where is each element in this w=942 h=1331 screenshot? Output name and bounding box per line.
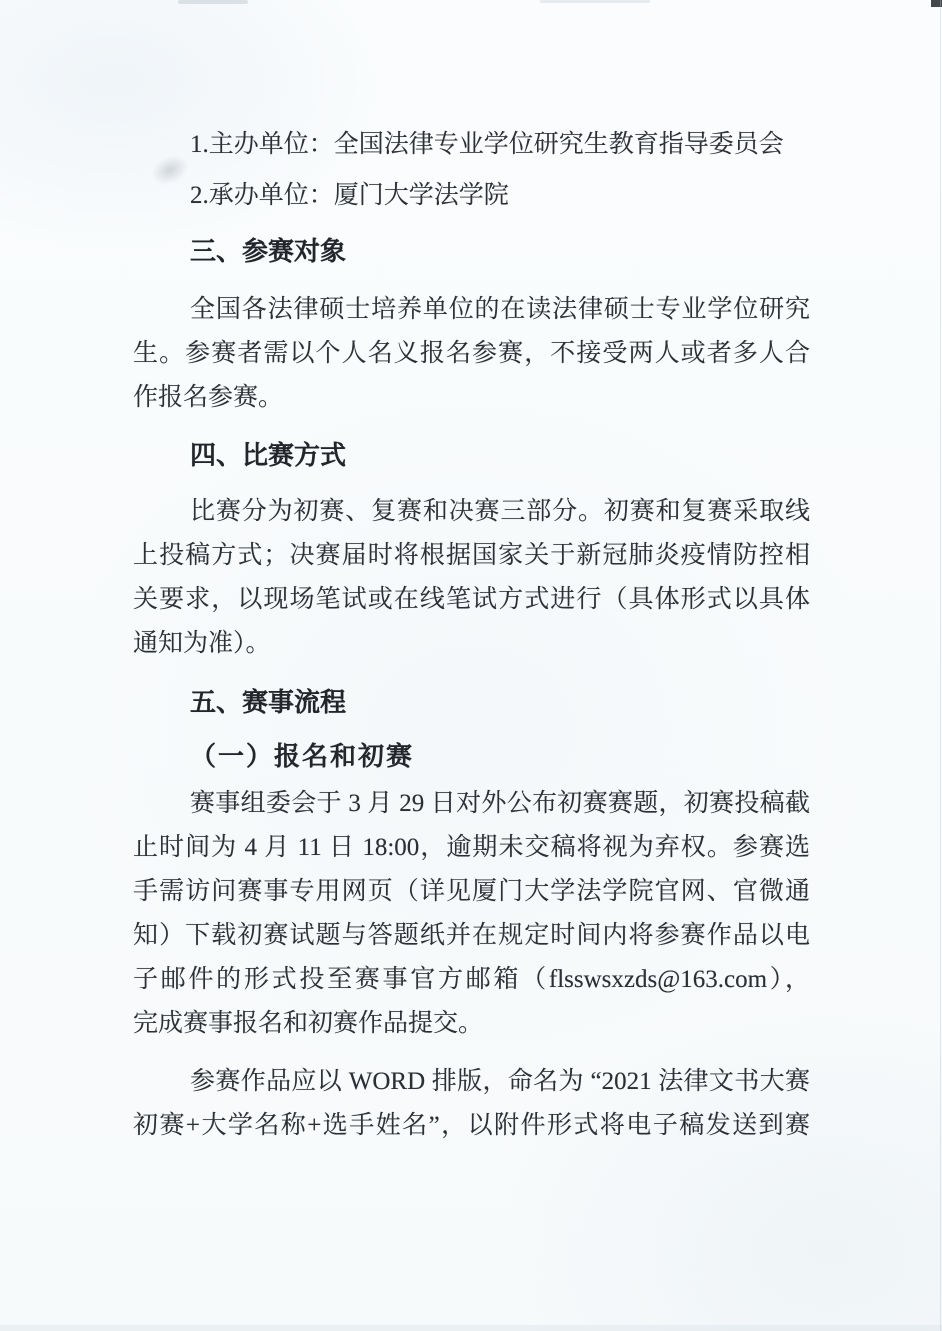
undertaker-organizer-line: 2.承办单位：厦门大学法学院 xyxy=(133,174,810,218)
scan-artifact xyxy=(540,0,650,3)
section-heading-competition-format: 四、比赛方式 xyxy=(133,432,810,478)
paragraph-participants: 全国各法律硕士培养单位的在读法律硕士专业学位研究生。参赛者需以个人名义报名参赛，… xyxy=(133,288,810,420)
paragraph-submission-format: 参赛作品应以 WORD 排版，命名为 “2021 法律文书大赛初赛+大学名称+选… xyxy=(133,1060,810,1148)
text-line: 止时间为 4 月 11 日 18:00，逾期未交稿将视为弃权。参赛选 xyxy=(133,826,810,870)
text-line: 生。参赛者需以个人名义报名参赛，不接受两人或者多人合 xyxy=(133,332,810,376)
host-organizer-line: 1.主办单位：全国法律专业学位研究生教育指导委员会 xyxy=(133,123,810,167)
document-body: 1.主办单位：全国法律专业学位研究生教育指导委员会 2.承办单位：厦门大学法学院… xyxy=(133,123,810,1148)
text-line: 作报名参赛。 xyxy=(133,376,810,420)
section-heading-participants: 三、参赛对象 xyxy=(133,228,810,274)
text-line: 知）下载初赛试题与答题纸并在规定时间内将参赛作品以电 xyxy=(133,914,810,958)
text-line: 比赛分为初赛、复赛和决赛三部分。初赛和复赛采取线 xyxy=(133,490,810,534)
scanned-document-page: 1.主办单位：全国法律专业学位研究生教育指导委员会 2.承办单位：厦门大学法学院… xyxy=(0,0,942,1331)
text-line: 全国各法律硕士培养单位的在读法律硕士专业学位研究 xyxy=(133,288,810,332)
text-line: 上投稿方式；决赛届时将根据国家关于新冠肺炎疫情防控相 xyxy=(133,534,810,578)
text-line: 关要求，以现场笔试或在线笔试方式进行（具体形式以具体 xyxy=(133,578,810,622)
scan-edge-line xyxy=(940,0,941,1331)
paragraph-competition-format: 比赛分为初赛、复赛和决赛三部分。初赛和复赛采取线上投稿方式；决赛届时将根据国家关… xyxy=(133,490,810,666)
text-line: 子邮件的形式投至赛事官方邮箱（flsswsxzds@163.com）， xyxy=(133,958,810,1002)
subsection-heading-registration-preliminary: （一）报名和初赛 xyxy=(133,734,810,780)
text-line: 初赛+大学名称+选手姓名”，以附件形式将电子稿发送到赛 xyxy=(133,1104,810,1148)
text-line: 赛事组委会于 3 月 29 日对外公布初赛赛题，初赛投稿截 xyxy=(133,782,810,826)
text-line: 参赛作品应以 WORD 排版，命名为 “2021 法律文书大赛 xyxy=(133,1060,810,1104)
text-line: 完成赛事报名和初赛作品提交。 xyxy=(133,1002,810,1046)
scan-edge-band xyxy=(0,1325,942,1331)
text-line: 通知为准）。 xyxy=(133,622,810,666)
section-heading-event-process: 五、赛事流程 xyxy=(133,679,810,725)
scan-artifact xyxy=(178,0,248,4)
paragraph-registration-details: 赛事组委会于 3 月 29 日对外公布初赛赛题，初赛投稿截止时间为 4 月 11… xyxy=(133,782,810,1046)
text-line: 手需访问赛事专用网页（详见厦门大学法学院官网、官微通 xyxy=(133,870,810,914)
